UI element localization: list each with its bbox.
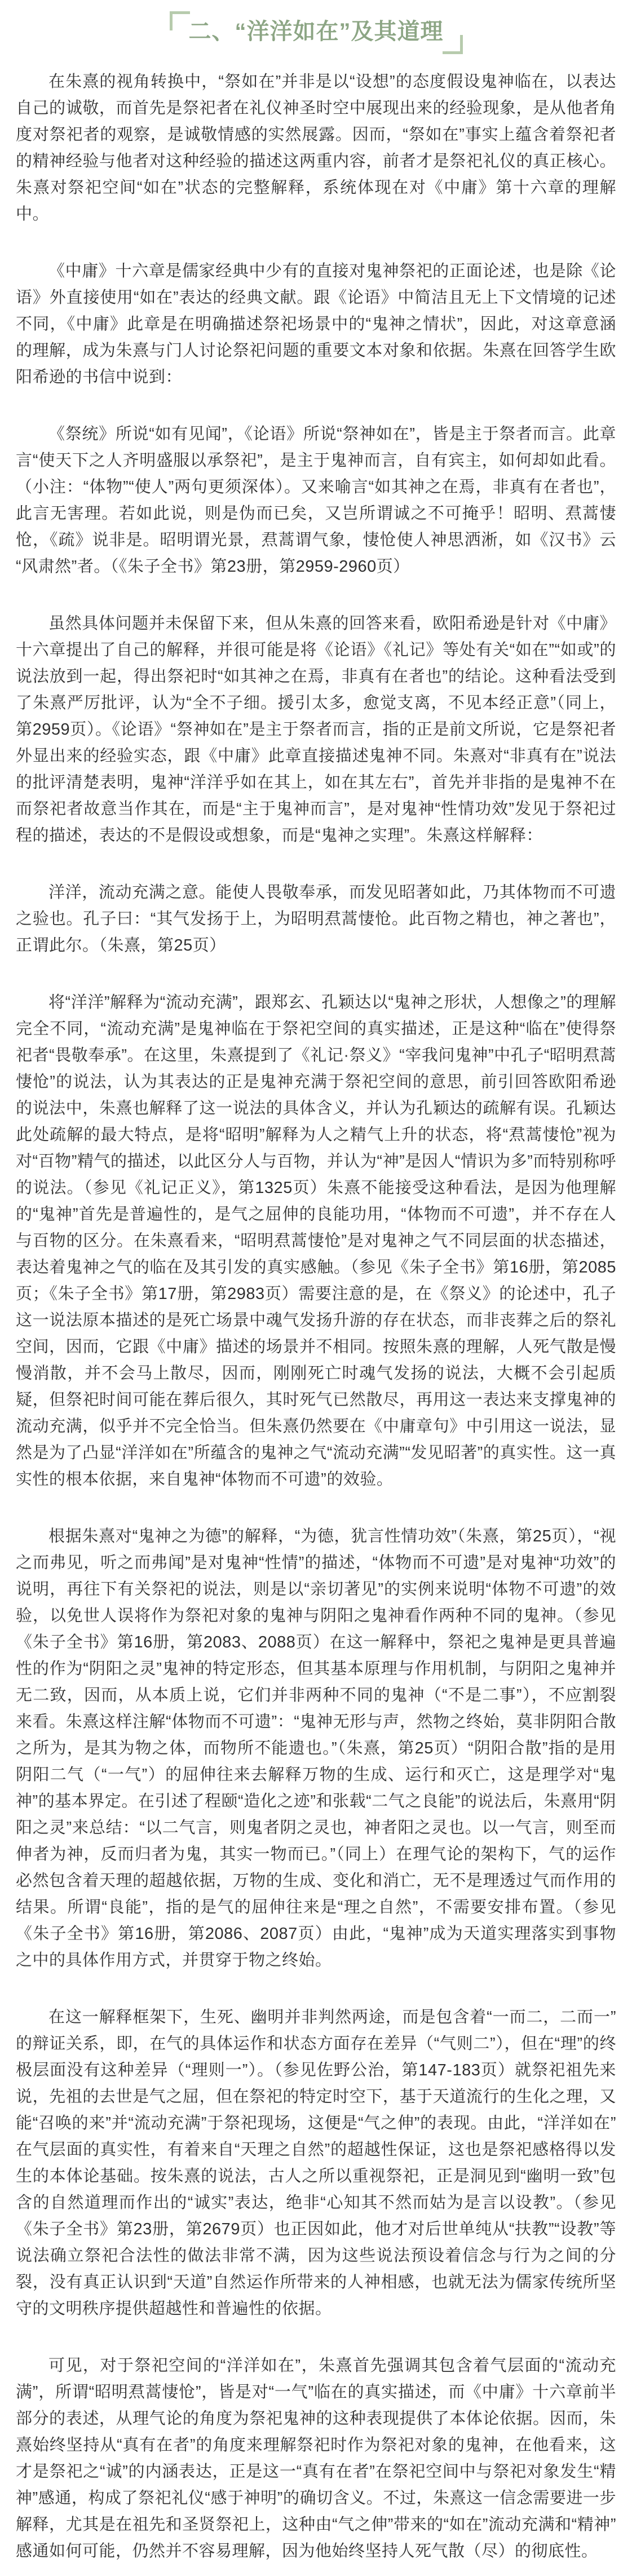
section-title-block: 二、“洋洋如在”及其道理 bbox=[16, 8, 616, 54]
body-paragraph: 虽然具体问题并未保留下来，但从朱熹的回答来看，欧阳希逊是针对《中庸》十六章提出了… bbox=[16, 611, 616, 849]
body-paragraph: 在这一解释框架下，生死、幽明并非判然两途，而是包含着“一而二，二而一”的辩证关系… bbox=[16, 2004, 616, 2322]
body-paragraph: 《中庸》十六章是儒家经典中少有的直接对鬼神祭祀的正面论述，也是除《论语》外直接使… bbox=[16, 258, 616, 391]
body-paragraph: 将“洋洋”解释为“流动充满”，跟郑玄、孔颖达以“鬼神之形状，人想像之”的理解完全… bbox=[16, 989, 616, 1493]
quote-paragraph: 《祭统》所说“如有见闻”，《论语》所说“祭神如在”，皆是主于祭者而言。此章言“使… bbox=[16, 421, 616, 580]
corner-bracket-bottom-right-icon bbox=[443, 35, 463, 54]
corner-bracket-top-left-icon bbox=[170, 11, 190, 30]
quote-paragraph: 洋洋，流动充满之意。能使人畏敬奉承，而发见昭著如此，乃其体物而不可遗之验也。孔子… bbox=[16, 880, 616, 959]
section-title-frame: 二、“洋洋如在”及其道理 bbox=[170, 11, 463, 54]
section-title: 二、“洋洋如在”及其道理 bbox=[189, 19, 444, 44]
body-paragraph: 在朱熹的视角转换中，“祭如在”并非是以“设想”的态度假设鬼神临在，以表达自己的诚… bbox=[16, 69, 616, 228]
article-body: 在朱熹的视角转换中，“祭如在”并非是以“设想”的态度假设鬼神临在，以表达自己的诚… bbox=[16, 69, 616, 2565]
body-paragraph: 可见，对于祭祀空间的“洋洋如在”，朱熹首先强调其包含着气层面的“流动充满”，所谓… bbox=[16, 2353, 616, 2565]
body-paragraph: 根据朱熹对“鬼神之为德”的解释，“为德，犹言性情功效”（朱熹，第25页），“视之… bbox=[16, 1523, 616, 1974]
article: 二、“洋洋如在”及其道理 在朱熹的视角转换中，“祭如在”并非是以“设想”的态度假… bbox=[0, 0, 632, 2576]
